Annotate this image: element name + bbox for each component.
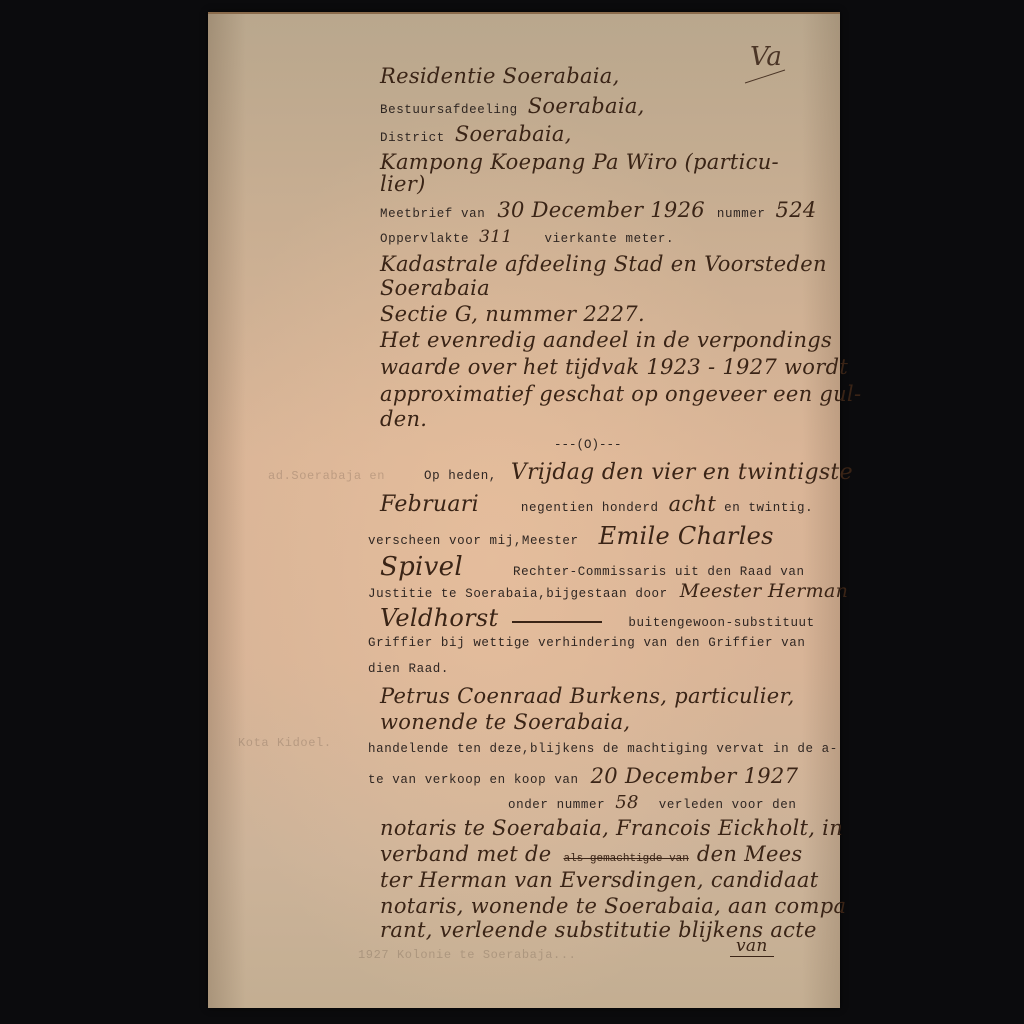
bestuursafdeeling-line: Bestuursafdeeling Soerabaia, [380, 94, 645, 118]
body-line-7: Griffier bij wettige verhindering van de… [368, 636, 805, 650]
commissaris-first-names: Emile Charles [599, 522, 774, 550]
acte-number: 58 [615, 792, 639, 813]
verponding-line-4: den. [380, 407, 427, 431]
verkoop-date: 20 December 1927 [591, 764, 799, 788]
oppervlakte-value: 311 [479, 227, 512, 247]
body-line-4: Spivel Rechter-Commissaris uit den Raad … [380, 552, 805, 582]
weekday-date: Vrijdag den vier en twintigste [511, 460, 853, 485]
kadastrale-line-2: Soerabaia [380, 276, 490, 300]
griffier-surname: Veldhorst [380, 604, 498, 632]
body-line-17: notaris, wonende te Soerabaia, aan compa [380, 894, 846, 918]
bestuursafdeeling-value: Soerabaia, [528, 94, 645, 118]
body-line-16: ter Herman van Eversdingen, candidaat [380, 868, 818, 892]
body-line-2: Februari negentien honderd acht en twint… [380, 492, 813, 517]
year-label-2: en twintig. [724, 501, 813, 515]
den-mees-text: den Mees [697, 842, 803, 866]
verponding-line-2: waarde over het tijdvak 1923 - 1927 word… [380, 355, 848, 379]
body-line-12: te van verkoop en koop van 20 December 1… [368, 764, 798, 788]
residentie-value: Residentie Soerabaia, [380, 64, 620, 88]
oppervlakte-unit: vierkante meter. [544, 232, 674, 246]
fill-dash [512, 621, 602, 623]
nummer-label: onder nummer [508, 798, 605, 812]
justitie-label: Justitie te Soerabaia,bijgestaan door [368, 587, 668, 601]
kadastrale-line-1: Kadastrale afdeeling Stad en Voorsteden [380, 252, 827, 276]
meetbrief-number: 524 [776, 198, 817, 222]
body-line-5: Justitie te Soerabaia,bijgestaan door Me… [368, 580, 848, 602]
bestuursafdeeling-label: Bestuursafdeeling [380, 103, 518, 117]
meetbrief-line: Meetbrief van 30 December 1926 nummer 52… [380, 198, 817, 222]
kampong-line-2: lier) [380, 172, 426, 196]
meetbrief-number-label: nummer [717, 207, 766, 221]
bleed-through-text: 1927 Kolonie te Soerabaja... [358, 948, 576, 962]
struck-text: als gemachtigde van [563, 853, 688, 865]
body-line-8: dien Raad. [368, 662, 449, 676]
op-heden-label: Op heden, [424, 469, 497, 483]
body-line-11: handelende ten deze,blijkens de machtigi… [368, 742, 838, 756]
document-page: Va ad.Soerabaja en Kota Kidoel. 1927 Kol… [208, 12, 840, 1008]
verkoop-label: te van verkoop en koop van [368, 773, 579, 787]
body-line-3: verscheen voor mij,Meester Emile Charles [368, 522, 774, 550]
verscheen-label: verscheen voor mij,Meester [368, 534, 579, 548]
bleed-through-text: ad.Soerabaja en [268, 469, 385, 483]
section-separator: ---(O)--- [554, 438, 622, 452]
substituut-label: buitengewoon-substituut [628, 616, 814, 630]
kampong-line-1: Kampong Koepang Pa Wiro (particu- [380, 150, 779, 174]
body-line-6: Veldhorst buitengewoon-substituut [380, 604, 815, 632]
month-value: Februari [380, 492, 479, 517]
residentie-line: Residentie Soerabaia, [380, 64, 620, 88]
page-mark: Va [750, 42, 782, 72]
verleden-label: verleden voor den [659, 798, 797, 812]
griffier-first-names: Meester Herman [680, 580, 848, 602]
commissaris-surname: Spivel [380, 552, 463, 582]
oppervlakte-line: Oppervlakte 311 vierkante meter. [380, 227, 674, 247]
rechter-commissaris-label: Rechter-Commissaris uit den Raad van [513, 565, 805, 579]
district-line: District Soerabaia, [380, 122, 572, 146]
year-label: negentien honderd [521, 501, 659, 515]
year-value: acht [669, 492, 716, 516]
district-label: District [380, 131, 445, 145]
district-value: Soerabaia, [455, 122, 572, 146]
meetbrief-label: Meetbrief van [380, 207, 485, 221]
sectie-line: Sectie G, nummer 2227. [380, 302, 645, 326]
body-line-13: onder nummer 58 verleden voor den [508, 792, 796, 813]
verband-text: verband met de [380, 842, 551, 866]
body-line-15: verband met de als gemachtigde van den M… [380, 842, 803, 866]
verponding-line-1: Het evenredig aandeel in de verpondings [380, 328, 832, 352]
body-line-19: van [730, 936, 774, 957]
meetbrief-date: 30 December 1926 [497, 198, 705, 222]
oppervlakte-label: Oppervlakte [380, 232, 469, 246]
body-line-1: Op heden, Vrijdag den vier en twintigste [380, 460, 853, 485]
body-line-10: wonende te Soerabaia, [380, 710, 630, 734]
body-line-9: Petrus Coenraad Burkens, particulier, [380, 684, 795, 708]
body-line-14: notaris te Soerabaia, Francois Eickholt,… [380, 816, 843, 840]
verponding-line-3: approximatief geschat op ongeveer een gu… [380, 382, 861, 406]
bleed-through-text: Kota Kidoel. [238, 736, 332, 750]
